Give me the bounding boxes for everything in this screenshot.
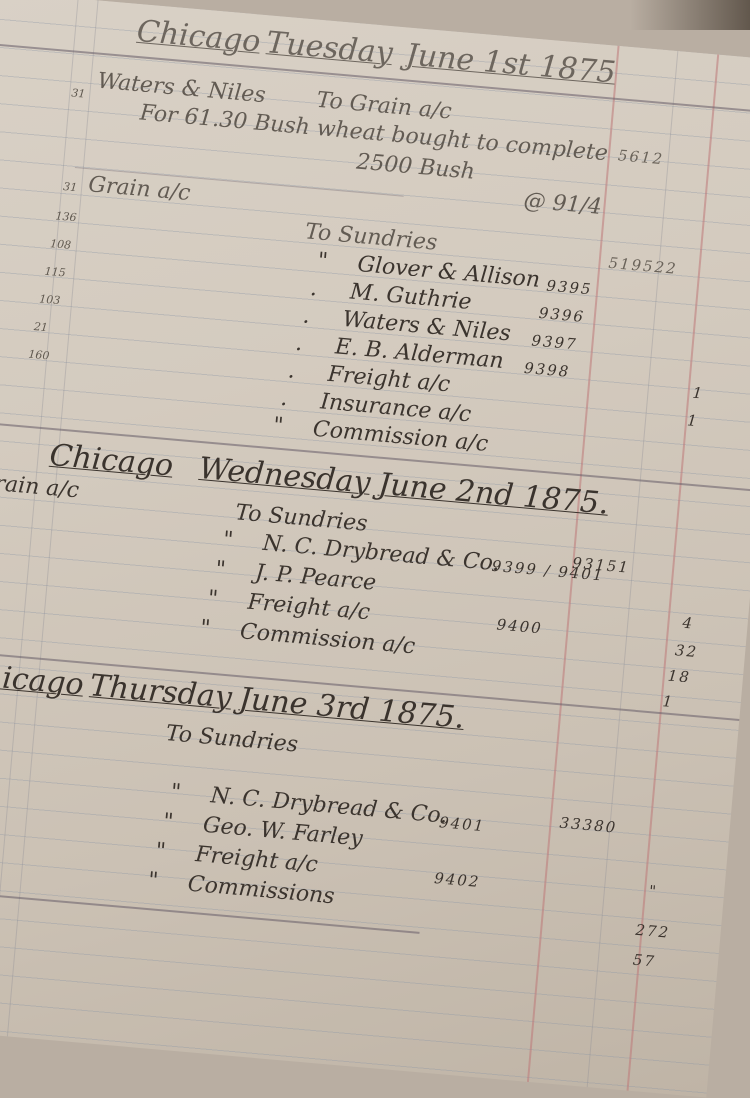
line-amount: 272 [635,921,671,942]
folio-number: 115 [44,265,66,280]
line-amount: 4 [682,614,695,633]
ditto-mark: " [147,868,159,894]
ditto-mark: " [214,557,226,583]
ledger-page: 83 Chicago Tuesday June 1st 1875 31 Wate… [0,0,750,1000]
ditto-mark: " [170,780,182,806]
folio-number: 108 [50,237,72,252]
line-amount: 1 [662,692,675,711]
folio-number: 21 [33,320,48,334]
line-amount: 1 [686,411,699,430]
ditto-mark: " [199,616,211,642]
line-amount: 1 [692,384,705,403]
ditto-mark: " [162,809,174,835]
line-amount: 57 [632,951,657,971]
folio-number: 31 [63,180,78,194]
folio-number: 136 [55,209,77,224]
line-amount: 18 [667,667,692,687]
folio-number: 160 [28,348,50,363]
line-amount: " [648,882,658,901]
ditto-mark: " [317,249,329,275]
ditto-mark: " [207,586,219,612]
page-edge-shadow [630,0,750,30]
ditto-mark: " [222,527,234,553]
folio-number: 103 [39,292,61,307]
line-amount: 32 [674,641,699,661]
ditto-mark: " [155,839,167,865]
ditto-mark: " [272,413,284,439]
folio-number: 31 [71,86,86,100]
